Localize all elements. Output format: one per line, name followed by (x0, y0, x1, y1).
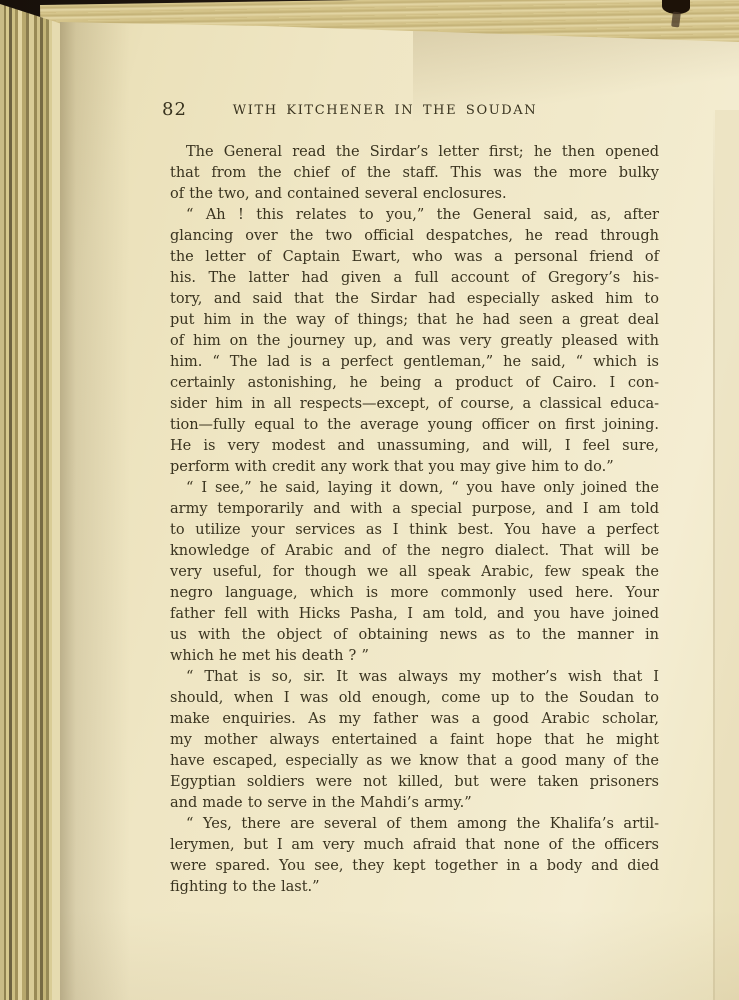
text-line: were spared. You see, they kept together… (170, 856, 659, 877)
text-line: of him on the journey up, and was very g… (170, 331, 659, 352)
text-line: sider him in all respects—except, of cou… (170, 394, 659, 415)
text-line: him. “ The lad is a perfect gentleman,” … (170, 352, 659, 373)
fore-edge-band (715, 110, 739, 1000)
text-line: which he met his death ? ” (170, 646, 659, 667)
text-line: father fell with Hicks Pasha, I am told,… (170, 604, 659, 625)
running-head: 82 WITH KITCHENER IN THE SOUDAN (60, 100, 739, 122)
text-line: make enquiries. As my father was a good … (170, 709, 659, 730)
text-line: that from the chief of the staff. This w… (170, 163, 659, 184)
text-line: tion—fully equal to the average young of… (170, 415, 659, 436)
text-line: should, when I was old enough, come up t… (170, 688, 659, 709)
text-line: have escaped, especially as we know that… (170, 751, 659, 772)
text-line: put him in the way of things; that he ha… (170, 310, 659, 331)
text-line: fighting to the last.” (170, 877, 659, 898)
text-line: negro language, which is more commonly u… (170, 583, 659, 604)
text-line: knowledge of Arabic and of the negro dia… (170, 541, 659, 562)
text-line: his. The latter had given a full account… (170, 268, 659, 289)
text-line: the letter of Captain Ewart, who was a p… (170, 247, 659, 268)
text-line: glancing over the two official despatche… (170, 226, 659, 247)
text-line: to utilize your services as I think best… (170, 520, 659, 541)
text-line: perform with credit any work that you ma… (170, 457, 659, 478)
text-line: Egyptian soldiers were not killed, but w… (170, 772, 659, 793)
text-line: tory, and said that the Sirdar had espec… (170, 289, 659, 310)
text-line: “ Ah ! this relates to you,” the General… (170, 205, 659, 226)
running-title: WITH KITCHENER IN THE SOUDAN (233, 103, 538, 119)
text-line: and made to serve in the Mahdi’s army.” (170, 793, 659, 814)
text-line: army temporarily and with a special purp… (170, 499, 659, 520)
text-line: “ I see,” he said, laying it down, “ you… (170, 478, 659, 499)
text-line: certainly astonishing, he being a produc… (170, 373, 659, 394)
text-line: “ That is so, sir. It was always my moth… (170, 667, 659, 688)
text-line: lerymen, but I am very much afraid that … (170, 835, 659, 856)
book-page: 82 WITH KITCHENER IN THE SOUDAN The Gene… (60, 0, 739, 1000)
text-line: of the two, and contained several enclos… (170, 184, 659, 205)
book-scan: 82 WITH KITCHENER IN THE SOUDAN The Gene… (0, 0, 739, 1000)
fore-edge-line (713, 110, 715, 1000)
text-line: The General read the Sirdar’s letter fir… (170, 142, 659, 163)
text-line: my mother always entertained a faint hop… (170, 730, 659, 751)
text-block: The General read the Sirdar’s letter fir… (170, 142, 659, 898)
text-line: “ Yes, there are several of them among t… (170, 814, 659, 835)
text-line: us with the object of obtaining news as … (170, 625, 659, 646)
text-line: very useful, for though we all speak Ara… (170, 562, 659, 583)
page-edge-stack (0, 0, 62, 1000)
gutter-shadow (60, 0, 130, 1000)
text-line: He is very modest and unassuming, and wi… (170, 436, 659, 457)
page-number: 82 (162, 100, 187, 120)
